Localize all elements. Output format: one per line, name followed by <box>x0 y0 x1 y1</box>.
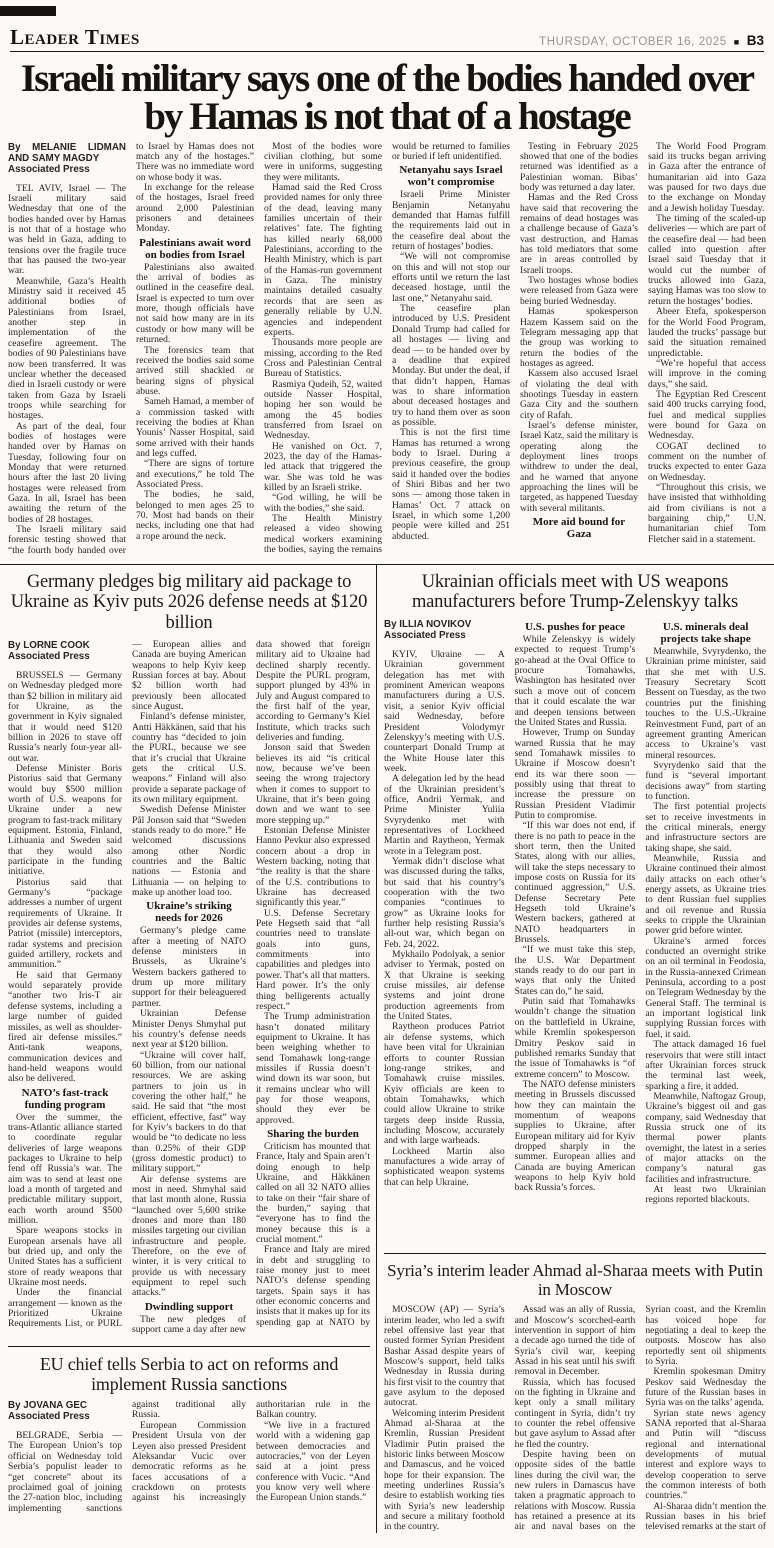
paragraph: Air defense systems are most in need. Sh… <box>132 1175 246 1299</box>
paragraph: COGAT declined to comment on the number … <box>648 442 766 483</box>
paragraph: At least two Ukrainian regions reported … <box>645 1185 766 1206</box>
paragraph: Kremlin spokesman Dmitry Peskov said Wed… <box>645 1367 766 1408</box>
paragraph: Hamas spokesperson Hazem Kassem said on … <box>520 307 638 369</box>
paragraph: Testing in February 2025 showed that one… <box>520 142 638 194</box>
paragraph: The ceasefire plan introduced by U.S. Pr… <box>392 304 510 428</box>
paragraph: Russia, which has focused on the fightin… <box>515 1378 636 1450</box>
paragraph: However, Trump on Sunday warned Russia t… <box>515 728 636 821</box>
article-germany-aid: Germany pledges big military aid package… <box>8 572 370 1340</box>
paragraph: Raytheon produces Patriot air defense sy… <box>384 1022 505 1146</box>
paragraph: Ukrainian Defense Minister Denys Shmyhal… <box>132 1009 246 1050</box>
paragraph: U.S. Defense Secretary Pete Hegseth said… <box>256 909 370 1012</box>
paragraph: Hamas and the Red Cross have said that r… <box>520 193 638 276</box>
paragraph: In exchange for the release of the hosta… <box>136 183 254 235</box>
paragraph: The NATO defense ministers meeting in Br… <box>515 1080 636 1194</box>
paragraph: Rasmiya Qudeih, 52, waited outside Nasse… <box>264 380 382 442</box>
paragraph: Meanwhile, Naftogaz Group, Ukraine’s big… <box>645 1092 766 1185</box>
lower-page-sections: Germany pledges big military aid package… <box>0 564 774 1534</box>
news-agency-credit: Associated Press <box>8 164 126 175</box>
paragraph: Sameh Hamad, a member of a commission ta… <box>136 397 254 459</box>
article-germany-body: By LORNE COOKAssociated PressBRUSSELS — … <box>8 640 370 1340</box>
syria-headline: Syria’s interim leader Ahmad al-Sharaa m… <box>386 1261 764 1299</box>
germany-headline: Germany pledges big military aid package… <box>10 572 368 634</box>
main-headline: Israeli military says one of the bodies … <box>6 60 768 136</box>
paragraph: Meanwhile, Russia and Ukraine continued … <box>645 854 766 937</box>
news-agency-credit: Associated Press <box>384 630 505 641</box>
paragraph: Welcoming interim President Ahmad al-Sha… <box>384 1409 505 1533</box>
paragraph: Germany’s pledge came after a meeting of… <box>132 926 246 1009</box>
date-text: THURSDAY, OCTOBER 16, 2025 <box>539 36 727 48</box>
paragraph: The World Food Program said its trucks b… <box>648 142 766 214</box>
article-hostage-bodies: Israeli military says one of the bodies … <box>0 60 774 559</box>
paragraph: The Trump administration hasn’t donated … <box>256 1012 370 1126</box>
paragraph: Assad was an ally of Russia, and Moscow’… <box>515 1305 636 1377</box>
article-serbia-eu: EU chief tells Serbia to act on reforms … <box>8 1354 370 1522</box>
paragraph: Criticism has mounted that France, Italy… <box>256 1142 370 1245</box>
subhead: Ukraine’s striking needs for 2026 <box>132 900 246 924</box>
serbia-headline: EU chief tells Serbia to act on reforms … <box>10 1354 368 1394</box>
subhead: NATO’s fast-track funding program <box>8 1087 122 1111</box>
byline: By LORNE COOK <box>8 640 122 651</box>
paragraph: The timing of the scaled-up deliveries —… <box>648 214 766 307</box>
page-number: B3 <box>747 33 764 48</box>
paragraph: Defense Minister Boris Pistorius said th… <box>8 764 122 878</box>
paragraph: He said that Germany would separately pr… <box>8 971 122 1085</box>
paragraph: Meanwhile, Svyrydenko, the Ukrainian pri… <box>645 647 766 761</box>
news-agency-credit: Associated Press <box>8 651 122 662</box>
paragraph: Putin said that Tomahawks wouldn’t chang… <box>515 997 636 1080</box>
paragraph: Abeer Etefa, spokesperson for the World … <box>648 307 766 359</box>
subhead: U.S. pushes for peace <box>515 621 636 633</box>
subhead: Netanyahu says Israel won’t compromise <box>392 164 510 188</box>
paragraph: “Throughout this crisis, we have insiste… <box>648 483 766 545</box>
paragraph: Finland’s defense minister, Antti Häkkän… <box>132 712 246 805</box>
paragraph: Swedish Defense Minister Pål Jonson said… <box>132 805 246 898</box>
subhead: U.S. minerals deal projects take shape <box>645 621 766 645</box>
paragraph: The Egyptian Red Crescent said 400 truck… <box>648 390 766 442</box>
subhead: More aid bound for Gaza <box>520 516 638 540</box>
right-column-region: Ukrainian officials meet with US weapons… <box>376 565 774 1534</box>
paragraph: Israel’s defense minister, Israel Katz, … <box>520 421 638 514</box>
byline: By ILLIA NOVIKOV <box>384 619 505 630</box>
paragraph: MOSCOW (AP) — Syria’s interim leader, wh… <box>384 1305 505 1408</box>
byline: By MELANIE LIDMAN AND SAMY MAGDY <box>8 142 126 164</box>
paragraph: This is not the first time Hamas has ret… <box>392 428 510 542</box>
square-bullet-icon: ■ <box>734 37 740 47</box>
section-divider <box>384 1253 766 1254</box>
paragraph: Meanwhile, Gaza’s Health Ministry said i… <box>8 277 126 422</box>
paragraph: The attack damaged 16 fuel reservoirs th… <box>645 1040 766 1092</box>
subhead: Sharing the burden <box>256 1128 370 1140</box>
paragraph: “If we must take this step, the U.S. War… <box>515 945 636 997</box>
newspaper-name: Leader Times <box>10 27 140 48</box>
paragraph: Two hostages whose bodies were released … <box>520 276 638 307</box>
paragraph: Most of the bodies wore civilian clothin… <box>264 142 382 183</box>
news-agency-credit: Associated Press <box>8 1411 122 1422</box>
ukraine-headline: Ukrainian officials meet with US weapons… <box>386 572 764 613</box>
paragraph: The first potential projects set to rece… <box>645 802 766 854</box>
paragraph: TEL AVIV, Israel — The Israeli military … <box>8 184 126 277</box>
paragraph: Kassem also accused Israel of violating … <box>520 369 638 421</box>
section-divider <box>8 1346 370 1347</box>
paragraph: BRUSSELS — Germany on Wednesday pledged … <box>8 671 122 764</box>
paragraph: Ukraine’s armed forces conducted an over… <box>645 937 766 1040</box>
newspaper-page: Leader Times THURSDAY, OCTOBER 16, 2025 … <box>0 0 774 1548</box>
paragraph: Svyrydenko said that the fund is “severa… <box>645 761 766 802</box>
paragraph: Palestinians also awaited the arrival of… <box>136 263 254 346</box>
paragraph: “There are signs of torture and executio… <box>136 459 254 490</box>
left-column-region: Germany pledges big military aid package… <box>0 565 376 1534</box>
paragraph: Lockheed Martin also manufactures a wide… <box>384 1147 505 1188</box>
dateline: THURSDAY, OCTOBER 16, 2025 ■ B3 <box>539 33 764 48</box>
paragraph: “We will not compromise on this and will… <box>392 252 510 304</box>
paragraph: Israeli Prime Minister Benjamin Netanyah… <box>392 190 510 252</box>
article-syria-body: MOSCOW (AP) — Syria’s interim leader, wh… <box>384 1305 766 1533</box>
page-header: Leader Times THURSDAY, OCTOBER 16, 2025 … <box>10 27 764 52</box>
paragraph: As part of the deal, four bodies of host… <box>8 422 126 525</box>
article-serbia-body: By JOVANA GECAssociated PressBELGRADE, S… <box>8 1400 370 1522</box>
byline: By JOVANA GEC <box>8 1400 122 1411</box>
paragraph: “We live in a fractured world with a wid… <box>256 1421 370 1504</box>
paragraph: Thousands more people are missing, accor… <box>264 338 382 379</box>
paragraph: “If this war does not end, if there is n… <box>515 821 636 945</box>
subhead: Palestinians await word on bodies from I… <box>136 237 254 261</box>
paragraph: Pistorius said that Germany’s “package a… <box>8 878 122 971</box>
paragraph: A delegation led by the head of the Ukra… <box>384 774 505 857</box>
paragraph: Hamad said the Red Cross provided names … <box>264 183 382 338</box>
paragraph: While Zelenskyy is widely expected to re… <box>515 635 636 728</box>
article-hostage-body: By MELANIE LIDMAN AND SAMY MAGDYAssociat… <box>8 142 766 559</box>
paragraph: KYIV, Ukraine — A Ukrainian government d… <box>384 650 505 774</box>
paragraph: Jonson said that Sweden believes its aid… <box>256 743 370 826</box>
paragraph: Mykhailo Podolyak, a senior adviser to Y… <box>384 950 505 1022</box>
print-registration-mark <box>0 6 56 16</box>
article-ukraine-body: By ILLIA NOVIKOVAssociated PressKYIV, Uk… <box>384 619 766 1247</box>
paragraph: He vanished on Oct. 7, 2023, the day of … <box>264 442 382 494</box>
paragraph: “Ukraine will cover half, 60 billion, fr… <box>132 1051 246 1175</box>
paragraph: The bodies, he said, belonged to men age… <box>136 490 254 542</box>
article-syria-putin: Syria’s interim leader Ahmad al-Sharaa m… <box>384 1261 766 1533</box>
paragraph: The forensics team that received the bod… <box>136 346 254 398</box>
subhead: Dwindling support <box>132 1301 246 1313</box>
paragraph: Yermak didn’t disclose what was discusse… <box>384 857 505 950</box>
paragraph: “We’re hopeful that access will improve … <box>648 359 766 390</box>
paragraph: Over the summer, the trans-Atlantic alli… <box>8 1113 122 1227</box>
article-ukraine-weapons: Ukrainian officials meet with US weapons… <box>384 572 766 1247</box>
paragraph: Syrian state news agency SANA reported t… <box>645 1409 766 1502</box>
paragraph: Estonian Defense Minister Hanno Pevkur a… <box>256 826 370 909</box>
paragraph: “God willing, he will be with the bodies… <box>264 493 382 514</box>
paragraph: Spare weapons stocks in European arsenal… <box>8 1226 122 1288</box>
